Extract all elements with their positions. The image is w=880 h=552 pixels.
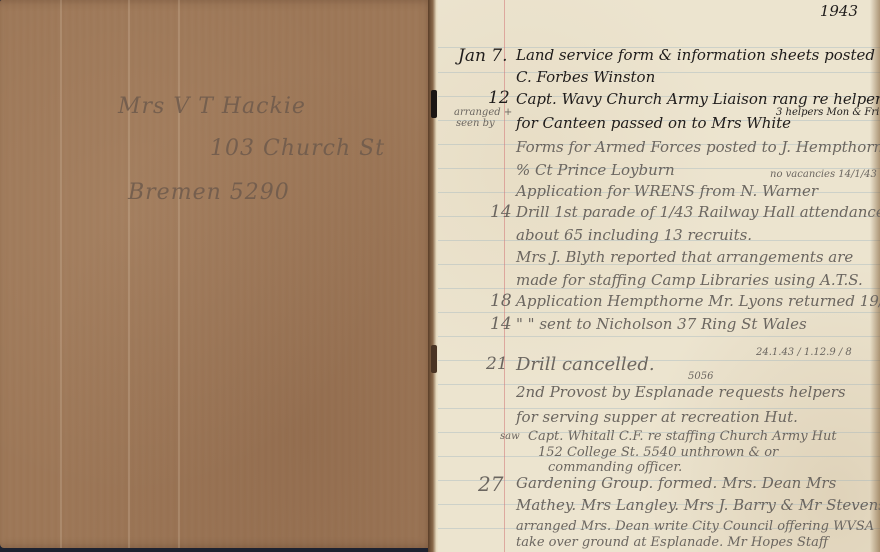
spine-binding: [431, 345, 437, 373]
entry-annotation: 24.1.43 / 1.12.9 / 8: [756, 348, 852, 358]
notebook-spread: Mrs V T Hackie 103 Church St Bremen 5290…: [0, 0, 880, 552]
entry-line: 2nd Provost by Esplanade requests helper…: [516, 385, 846, 400]
entry-line: Mathey. Mrs Langley. Mrs J. Barry & Mr S…: [516, 498, 880, 513]
entry-date: Jan 7.: [458, 48, 508, 65]
entry-line: Gardening Group. formed. Mrs. Dean Mrs: [516, 476, 836, 491]
year-label: 1943: [820, 4, 858, 19]
entry-line: Drill cancelled.: [516, 356, 655, 374]
cover-name: Mrs V T Hackie: [118, 94, 306, 119]
entry-line: 152 College St. 5540 unthrown & or: [538, 446, 778, 459]
entry-line: Forms for Armed Forces posted to J. Hemp…: [516, 140, 880, 155]
entry-line: about 65 including 13 recruits.: [516, 228, 752, 243]
entry-note: 3 helpers Mon & Fri.: [776, 108, 880, 118]
margin-note: arranged +: [454, 108, 512, 118]
entry-line: made for staffing Camp Libraries using A…: [516, 273, 863, 288]
entry-line: Land service form & information sheets p…: [516, 48, 880, 63]
entry-line: Mrs J. Blyth reported that arrangements …: [516, 250, 853, 265]
cover-crease: [128, 0, 130, 548]
entry-date: 18: [490, 293, 512, 310]
entry-line: Application for WRENS from N. Warner: [516, 184, 818, 199]
entry-date: 21: [486, 356, 508, 373]
margin-note: seen by: [456, 119, 495, 129]
entry-date: 12: [488, 90, 510, 107]
entry-line: arranged Mrs. Dean write City Council of…: [516, 520, 874, 533]
margin-note: saw: [500, 432, 520, 442]
entry-line: Application Hempthorne Mr. Lyons returne…: [516, 294, 880, 309]
cover-phone: Bremen 5290: [128, 180, 290, 205]
cover-crease: [178, 0, 180, 548]
entry-line: for serving supper at recreation Hut.: [516, 410, 798, 425]
entry-date: 14: [490, 316, 512, 333]
entry-annotation: 5056: [688, 372, 713, 382]
entry-line: take over ground at Esplanade. Mr Hopes …: [516, 536, 828, 549]
entry-date: 14: [490, 204, 512, 221]
entry-line: for Canteen passed on to Mrs White: [516, 116, 791, 131]
notebook-cover: Mrs V T Hackie 103 Church St Bremen 5290: [0, 0, 436, 548]
entry-line: Drill 1st parade of 1/43 Railway Hall at…: [516, 205, 880, 220]
ledger-page: 1943 Jan 7. Land service form & informat…: [438, 0, 880, 552]
spine-binding: [431, 90, 437, 118]
entry-line: % Ct Prince Loyburn: [516, 163, 675, 178]
entry-line: C. Forbes Winston: [516, 70, 655, 85]
entry-line: " " sent to Nicholson 37 Ring St Wales: [516, 317, 807, 332]
cover-crease: [60, 0, 62, 548]
entry-date: 27: [478, 474, 503, 494]
page-edge: [870, 0, 880, 552]
entry-line: Capt. Whitall C.F. re staffing Church Ar…: [528, 430, 837, 443]
cover-address: 103 Church St: [210, 136, 385, 161]
entry-line: Capt. Wavy Church Army Liaison rang re h…: [516, 92, 880, 107]
margin-line: [504, 0, 505, 552]
entry-line: commanding officer.: [548, 461, 682, 474]
entry-annotation: no vacancies 14/1/43: [770, 170, 877, 180]
